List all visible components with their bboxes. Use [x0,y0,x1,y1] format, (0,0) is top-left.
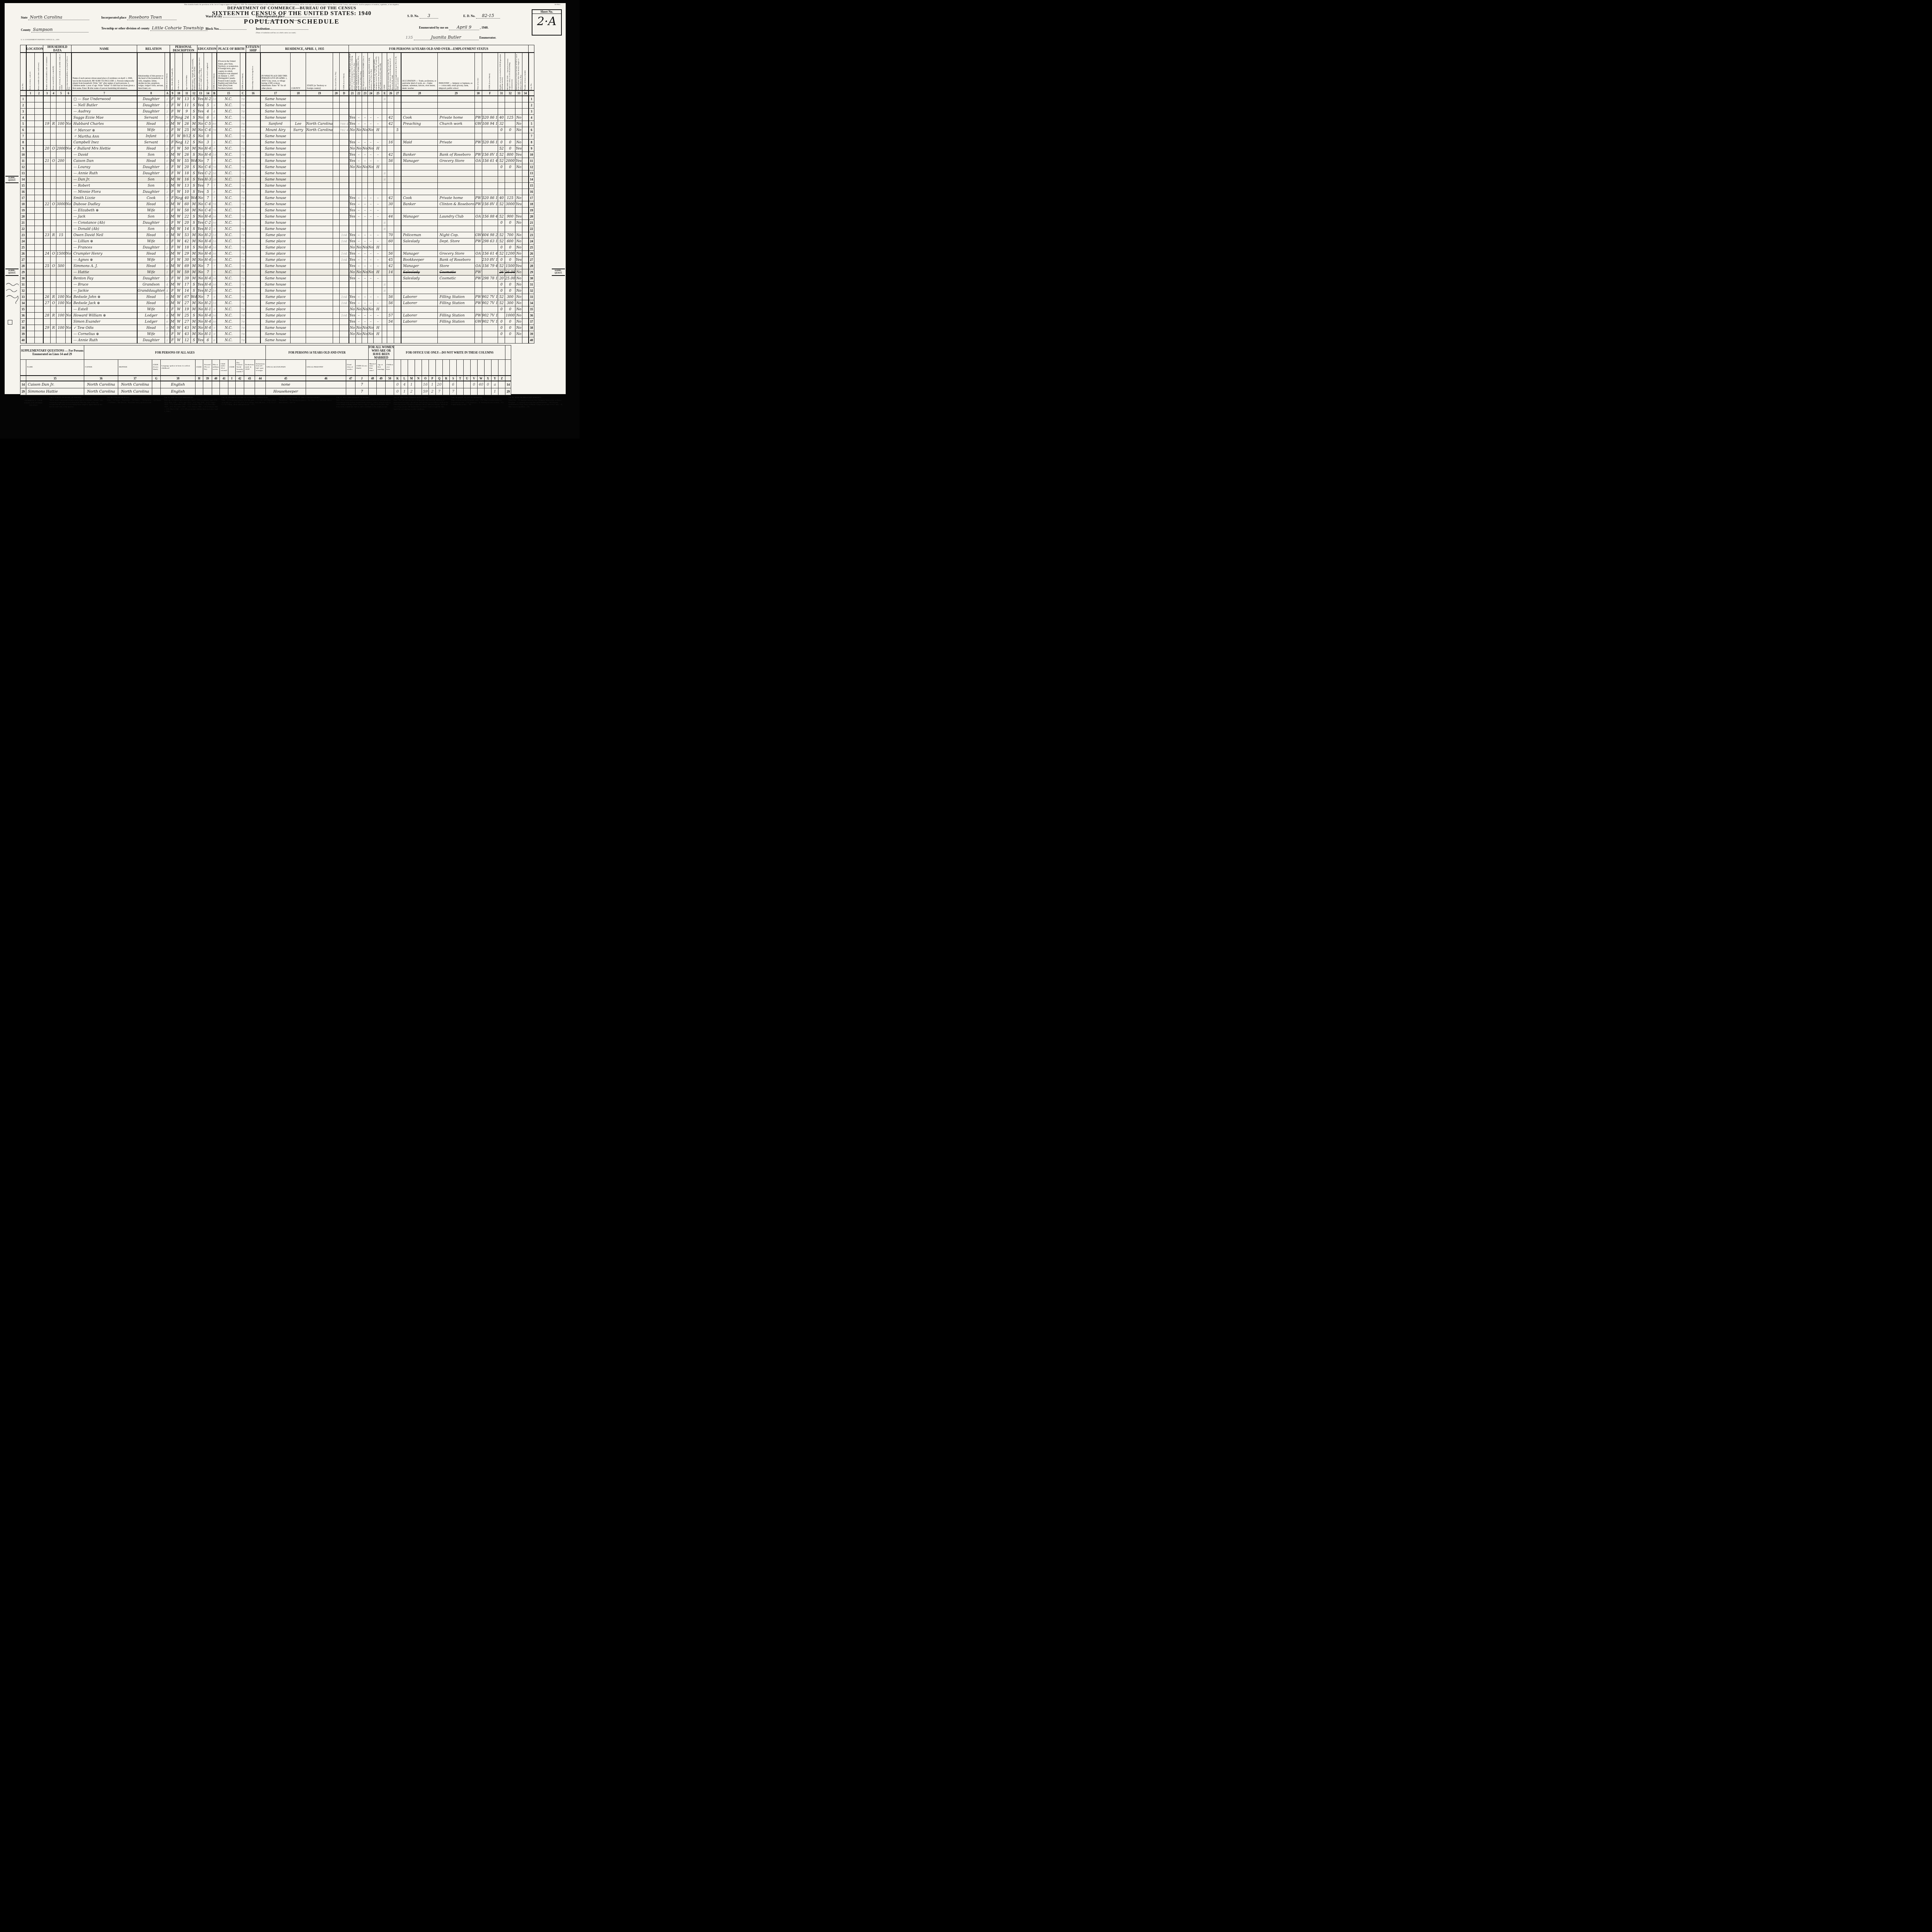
census-row-39: 39— Cornelius ⊗Wife1FW43MNoH-19N.C.76Sam… [20,331,534,337]
supp-col-head [429,360,436,376]
col-number: 34 [522,90,529,96]
footnote: Col. 14. HIGHEST GRADE OF SCHOOL COMPLET… [221,397,276,412]
census-row-11: 1121O200Caison DanHead0MW55WdNo77N.C.76S… [20,158,534,164]
census-row-32: 32— JackieGranddaughter4FW14SYesH-210N.C… [20,288,534,294]
column-group-row: LOCATIONHOUSEHOLD DATANAMERELATIONPERSON… [20,45,534,53]
census-row-6: 6〃 Mercer ⊗Wife1FW25MNoC-470N.C.76Mount … [20,127,534,133]
supp-col-number [505,376,511,381]
gpo-imprint: U. S. GOVERNMENT PRINTING OFFICE 16—1870 [21,39,60,41]
census-row-20: 20— JackSon2MW22SNoH-430N.C.76Same house… [20,214,534,220]
population-schedule-table: LOCATIONHOUSEHOLD DATANAMERELATIONPERSON… [20,45,534,344]
col-number: 2 [35,90,43,96]
scanned-census-page: 16-90A Data furnished under the provisio… [0,0,580,439]
supp-col-number: V [471,376,478,381]
supp-col-number: Z [498,376,505,381]
census-row-30: 30Benton FayDaughter2FW39MNoH-430N.C.76S… [20,276,534,282]
supp-col-number: R [443,376,450,381]
col-number: 33 [515,90,522,96]
sheet-number-box: Sheet No. 2·A [532,9,562,36]
incorporated-place-field: Incorporated place Roseboro Town [101,15,177,20]
census-row-7: 7〃 Martha AnnInfant2FW9/12SNo0N.C.76Same… [20,133,534,139]
supp-group: FOR PERSONS OF ALL AGES [84,345,266,360]
supp-col-head [485,360,492,376]
col-head: Attended school or college any time sinc… [197,53,204,90]
column-description-row: Line No.Street, avenue, road, etc.House … [20,53,534,90]
unincorporated-field: Unincorporated place (Name of unincorpor… [256,15,319,22]
supp-col-number: J [355,376,368,381]
col-number: 27 [394,90,401,96]
block-field: Block Nos. [206,27,247,31]
col-head: OCCUPATION — Trade, profession, or parti… [401,53,438,90]
supp-col-head: Age at first marriage [377,360,386,376]
supp-col-number: 49 [377,376,386,381]
footnote: Col. 22. DID THIS PERSON HAVE A JOB?Ente… [394,397,449,412]
census-row-21: 21— Constance (Ab)Daughter2FW20SYesC-250… [20,220,534,226]
census-row-17: 17Smith LizzieCook7FNeg40WdNo77N.C.76Sam… [20,195,534,201]
supp-col-number [20,376,26,381]
supp-col-number: W [478,376,485,381]
col-number: 32 [505,90,515,96]
col-group: EDUCATION [197,45,217,53]
supp-col-number: 45 [265,376,306,381]
supp-col-head [443,360,450,376]
supp-col-number: 36 [84,376,118,381]
footnote: Col. 16. CITIZENSHIP OF THE FOREIGN BORN… [279,397,334,412]
supp-col-head [505,360,511,376]
suppl-quest-margin-label-14: SUPPL. QUEST. [5,176,19,183]
col-head: Number of weeks worked in 1939 (Equivale… [498,53,505,90]
supp-col-number: N [415,376,422,381]
supp-col-head: Has Federal Social Security number? [235,360,244,376]
supplementary-questions-section: SUPPLEMENTARY QUESTIONS — For Persons En… [5,345,566,395]
supp-col-head: CODE [228,360,236,376]
col-number: 30 [474,90,482,96]
enumeration-date: April 9 [457,25,471,30]
census-row-22: 22— Donald (Ab)Son2MW14SYesH-19N.C.76Sam… [20,226,534,232]
col-head: INCOME IN 1939 — Amount of money wages o… [505,53,515,90]
col-head: CODE (Leave blank) [165,53,170,90]
col-head: Relationship of this person to the head … [137,53,165,90]
supp-col-head [498,360,505,376]
col-group [20,45,26,53]
col-head: CODE (Leave blank) [212,53,217,90]
col-group: CITIZEN-SHIP [246,45,260,53]
marginal-handwriting [5,281,19,306]
col-group: RELATION [137,45,170,53]
supp-col-head [450,360,457,376]
col-number: 8 [137,90,165,96]
state-field: State North Carolina [21,15,89,20]
suppl-quest-margin-label-29: SUPPL. QUEST. [5,269,19,276]
col-number: 18 [291,90,306,96]
col-head: CODE [382,53,387,90]
col-head: Class of worker [474,53,482,90]
col-number: 12 [191,90,197,96]
census-row-16: 16— Minnie FloraDaughter2FW10SYes55N.C.7… [20,189,534,195]
supp-supergroup-row: SUPPLEMENTARY QUESTIONS — For Persons En… [20,345,511,360]
col-number: 31 [498,90,505,96]
col-head: CODE (Leave blank) [482,53,498,90]
supp-col-head: FATHER [84,360,118,376]
census-row-2: 2— Nell ButlerDaughter2FW11SYes59N.C.76S… [20,102,534,109]
enumeration-date-field: Enumerated by me on April 9 , 1940. [419,25,488,30]
county-value: Sampson [33,27,53,32]
col-group: LOCATION [26,45,43,53]
col-number: 20 [333,90,340,96]
supp-col-head [464,360,471,376]
supp-col-number: S [450,376,457,381]
supp-col-number: 41 [220,376,228,381]
supp-col-number: 50 [385,376,394,381]
census-row-12: 12— LourayDaughter2FW20SNoC-470N.C.76Sam… [20,164,534,170]
census-row-9: 920O2000No✓ Bullard Mrs HettieHead0FW50M… [20,146,534,152]
supp-row-14: 14Caison Dan Jr.North CarolinaNorth Caro… [20,381,511,388]
census-row-27: 27— Agnes ⊗Wife1FW30MNoH-430N.C.76Same p… [20,257,534,263]
census-row-19: 19— Elizabeth ⊗Wife1FW58MNoC-470N.C.76Sa… [20,207,534,214]
margin-checkbox [8,320,12,325]
col-number: 17 [260,90,291,96]
supp-col-head: War or military service [212,360,220,376]
enumerator-field: 135 Juanita Butler Enumerator. [405,35,496,40]
supp-col-number: 35 [26,376,84,381]
col-head: Highest grade of school completed [204,53,212,90]
census-row-14: 14— Dan Jr.Son2MW16SYesH-320N.C.76Same h… [20,177,534,183]
supp-group: FOR ALL WOMEN WHO ARE OR HAVE BEEN MARRI… [368,345,394,360]
supp-col-head [408,360,415,376]
supp-group [505,345,511,360]
footnote: Col. 11. AGE AT LAST BIRTHDAY:Enter age … [164,397,219,412]
supp-col-number: 38 [161,376,196,381]
census-row-1: 1▢ — Sue UnderwoodDaughter2FW13SYesH-210… [20,96,534,102]
supp-col-head [492,360,498,376]
supp-col-head [415,360,422,376]
supp-col-number: 37 [118,376,152,381]
supp-col-number: 43 [244,376,255,381]
supp-label-row: NAMEFATHERMOTHERCODE (Leave blank)Langua… [20,360,511,376]
col-number: 9 [170,90,175,96]
col-head: House number (in cities and towns) [35,53,43,90]
census-row-10: 10— DavidSon2MW26SNoH-410N.C.76Same hous… [20,152,534,158]
col-head: Citizenship of the foreign born [246,53,260,90]
supp-col-head [436,360,443,376]
col-number: 7 [71,90,137,96]
col-head: If neither at work nor assigned to publi… [374,53,382,90]
supp-col-head [471,360,478,376]
census-row-40: 40— Annie RuthDaughter2FW12SYes66N.C.76S… [20,337,534,344]
supp-col-number: K [394,376,401,381]
col-head: Does this household live on a farm? (Yes… [66,53,71,90]
col-number: 13 [197,90,204,96]
col-number: 26 [387,90,394,96]
col-group: PLACE OF BIRTH [217,45,246,53]
supp-col-head [478,360,485,376]
supp-col-number: G [152,376,161,381]
col-head: Line No. [529,53,534,90]
col-head: Age at last birthday [183,53,191,90]
census-row-8: 8Campbell InezServant7FNeg12SNo33N.C.76S… [20,139,534,146]
sd-field: S. D. No. 3 [407,13,438,19]
col-head: Street, avenue, road, etc. [26,53,35,90]
col-head: For persons answering "Yes" to Col. 21: … [387,53,394,90]
census-row-26: 2624O1500NoCrumpler HenryHead0MW29MNoH-4… [20,251,534,257]
col-number [529,90,534,96]
supp-col-head: Language spoken in home in earliest chil… [161,360,196,376]
col-number: 16 [246,90,260,96]
col-head: Line No. [20,53,26,90]
supp-col-head: CODE (Leave blank) [152,360,161,376]
col-number: 3 [43,90,51,96]
supp-col-head: Veteran? (Yes or No) [203,360,212,376]
supp-col-number: U [464,376,471,381]
supp-col-head: CODE [196,360,203,376]
col-head: Value of home, if owned, or monthly rent… [56,53,66,90]
col-number [20,90,26,96]
col-number: C [240,90,246,96]
census-row-4: 4Suggs Ezzie MaeServant7FNeg24SNo66N.C.7… [20,115,534,121]
supp-col-number: 47 [346,376,355,381]
col-head: Sex—Male (M), Female (F) [170,53,175,90]
supp-col-head: Deductions made in 1939? [244,360,255,376]
enumerator-signature: Juanita Butler [431,35,461,40]
col-number: 6 [66,90,71,96]
supp-col-head [394,360,401,376]
col-head: INDUSTRY — Industry or business, as— cot… [438,53,474,90]
col-group [529,45,534,53]
col-group: FOR PERSONS 14 YEARS OLD AND OVER—EMPLOY… [349,45,529,53]
column-number-row: 12345678A91011121314B15C1617181920D21222… [20,90,534,96]
ed-field: E. D. No. 82-15 [463,13,500,19]
supp-col-head: CODE (Leave blank) [355,360,368,376]
supp-group: SUPPLEMENTARY QUESTIONS — For Persons En… [20,345,84,360]
col-group: HOUSEHOLD DATA [43,45,71,53]
census-row-38: 3829R100No✓ Tew OdisHead0MW43MNoH-49N.C.… [20,325,534,331]
census-row-34: 3427O100NoBedsole Jack ⊗Head0MW27MNoH-21… [20,300,534,306]
supp-col-number: 39 [203,376,212,381]
table-header: LOCATIONHOUSEHOLD DATANAMERELATIONPERSON… [20,45,534,96]
supp-col-head: Deductions from all / half / part of wag… [255,360,266,376]
col-head: On a farm? (Yes or No) [333,53,340,90]
footnote: Col. 21. WAS THIS PERSON AT WORK?Enter "… [336,397,391,412]
footnote: Col. 41. WAR OR MILITARY SERVICE:World W… [509,397,563,412]
col-head: CODE (Leave blank) [340,53,349,90]
supp-col-number: O [422,376,429,381]
col-group: PERSONAL DESCRIPTION [170,45,197,53]
col-head: CODE (Leave blank) [240,53,246,90]
supp-col-head: MOTHER [118,360,152,376]
col-number: 1 [26,90,35,96]
footnote: Col. 5. VALUE OF HOME, IF OWNED:Where ow… [49,397,104,412]
supp-col-head [422,360,429,376]
col-head: IN WHAT PLACE DID THIS PERSON LIVE ON AP… [260,53,291,90]
census-row-35: 35— EstellWife1FW19MNoH-19N.C.76Same pla… [20,306,534,313]
col-number: 29 [438,90,474,96]
supp-col-head: USUAL OCCUPATION [265,360,306,376]
form-header: 16-90A Data furnished under the provisio… [5,3,566,45]
col-head: Name of each person whose usual place of… [71,53,137,90]
department-title: DEPARTMENT OF COMMERCE—BUREAU OF THE CEN… [20,6,563,10]
col-number: 15 [217,90,240,96]
col-number: 22 [355,90,362,96]
col-head: Number of farm schedule [522,53,529,90]
census-row-37: 37Simon ExanderLodger6MW27MNoH-430N.C.76… [20,319,534,325]
census-row-36: 3628R100NoHoward William ⊗Lodger6MW25SNo… [20,313,534,319]
col-head: If born in the United States, give State… [217,53,240,90]
census-row-3: 3— AudreyDaughter2FW9SYes44N.C.76Same ho… [20,109,534,115]
incorporated-value: Roseboro Town [129,15,162,20]
supp-col-number: I [228,376,236,381]
col-number: A [165,90,170,96]
census-row-23: 2323R15Owen David NeilHead0MW53MNoH-210N… [20,232,534,238]
col-number: E [382,90,387,96]
supp-col-head: Married more than once? [368,360,376,376]
col-number: 4 [51,90,56,96]
footnote: Col. 10. COLOR OR RACE:White ... W Negro… [107,397,162,412]
supp-col-number: Q [436,376,443,381]
census-row-18: 1822O3000NoDubose DudleyHead0MW60MNoC-47… [20,201,534,207]
col-number: F [482,90,498,96]
institution-field: Institution (Name of institution and lin… [256,27,308,34]
col-head: STATE (or Territory or foreign country) [306,53,333,90]
supp-col-number: 48 [368,376,376,381]
footnote: SYMBOLS AND EXPLANATORY NOTES [20,397,47,412]
census-row-25: 25— FrancesDaughter2FW18SNoH-430N.C.76Sa… [20,245,534,251]
supp-col-number: X [485,376,492,381]
census-sheet: 16-90A Data furnished under the provisio… [5,3,566,394]
census-row-13: 13— Annie RuthDaughter2FW18SYesC-250N.C.… [20,170,534,177]
form-number: 16-90A [554,4,560,6]
census-row-24: 24— Lillian ⊗Wife1FW42MNoH-410N.C.76Same… [20,238,534,245]
supp-col-number: 46 [306,376,346,381]
supp-col-head: USUAL INDUSTRY [306,360,346,376]
col-head: If not seeking work, did he HAVE A JOB, … [368,53,374,90]
col-group: RESIDENCE, APRIL 1, 1935 [260,45,349,53]
col-group: NAME [71,45,137,53]
census-row-28: 2825O500Simmons A. J.Head0MW69MNo77N.C.7… [20,263,534,269]
supp-col-head [401,360,408,376]
supp-col-head: Usual class of worker [346,360,355,376]
supp-col-number: Y [492,376,498,381]
supp-col-head [457,360,464,376]
sheet-number-value: 2·A [532,14,561,29]
supp-col-number: P [429,376,436,381]
col-number: 28 [401,90,438,96]
census-row-33: 3326R100NoBedsole John ⊗Head0MW67WdNo79N… [20,294,534,300]
col-head: Number of household in order of visitati… [43,53,51,90]
supp-number-row: 353637G38H394041I424344454647J484950KLMN… [20,376,511,381]
supp-col-number: T [457,376,464,381]
census-row-31: 31— BruceGrandson4MW17SYesH-430N.C.76Sam… [20,282,534,288]
col-head: Was this person AT WORK for pay or profi… [349,53,355,90]
col-number: 10 [175,90,183,96]
col-number: 21 [349,90,355,96]
supp-col-number: 42 [235,376,244,381]
suppl-quest-margin-label-29-right: SUPPL. QUEST. [552,269,565,276]
footnote: Cols. 30 and 47. CLASS OF WORKER:Wage or… [451,397,506,412]
supp-col-number: 40 [212,376,220,381]
col-number: 19 [306,90,333,96]
col-head: COUNTY [291,53,306,90]
col-number: 25 [374,90,382,96]
explanatory-notes: SYMBOLS AND EXPLANATORY NOTESCol. 5. VAL… [20,397,563,412]
col-head: Marital status—Single (S), Married (M), … [191,53,197,90]
township-value: Little Coharie Township [152,26,204,31]
enumerator-pencil-number: 135 [405,36,413,40]
supp-col-head: Child under 18 of veteran? [220,360,228,376]
supp-group: FOR PERSONS 14 YEARS OLD AND OVER [265,345,368,360]
col-head: If not, was he at work on, or assigned t… [355,53,362,90]
supp-group: FOR OFFICE USE ONLY—DO NOT WRITE IN THES… [394,345,505,360]
supp-col-number: 44 [255,376,266,381]
ed-value: 82-15 [482,13,494,18]
supp-col-head: Children ever born [385,360,394,376]
col-number: 11 [183,90,191,96]
census-row-15: 15— RobertSon2MW13SYes77N.C.76Same house… [20,183,534,189]
col-head: Did this person receive income of $50 or… [515,53,522,90]
col-head: Was this person SEEKING WORK? (Yes or No… [362,53,368,90]
supp-col-number: L [401,376,408,381]
supp-col-head [20,360,26,376]
col-number: 14 [204,90,212,96]
supp-col-head: NAME [26,360,84,376]
county-field: County Sampson [21,27,88,32]
col-number: 24 [368,90,374,96]
ward-field: Ward of city [206,15,249,18]
supp-row-29: 29Simmons HattieNorth CarolinaNorth Caro… [20,388,511,395]
col-head: Color or race [175,53,183,90]
state-value: North Carolina [30,15,62,20]
census-row-5: 519R100NoHubbard CharlesHead0MW26MNoC-58… [20,121,534,127]
census-row-29: 29— HattieWife1FW59MNo77N.C.76Same house… [20,269,534,276]
col-head: Home owned (O) or rented (R) [51,53,56,90]
col-number: D [340,90,349,96]
supplementary-table: SUPPLEMENTARY QUESTIONS — For Persons En… [20,345,511,395]
col-number: 23 [362,90,368,96]
col-number: B [212,90,217,96]
col-number: 5 [56,90,66,96]
sd-value: 3 [428,13,430,18]
col-head: Duration of unemployment up to March 30,… [394,53,401,90]
supp-col-number: M [408,376,415,381]
supp-col-number: H [196,376,203,381]
